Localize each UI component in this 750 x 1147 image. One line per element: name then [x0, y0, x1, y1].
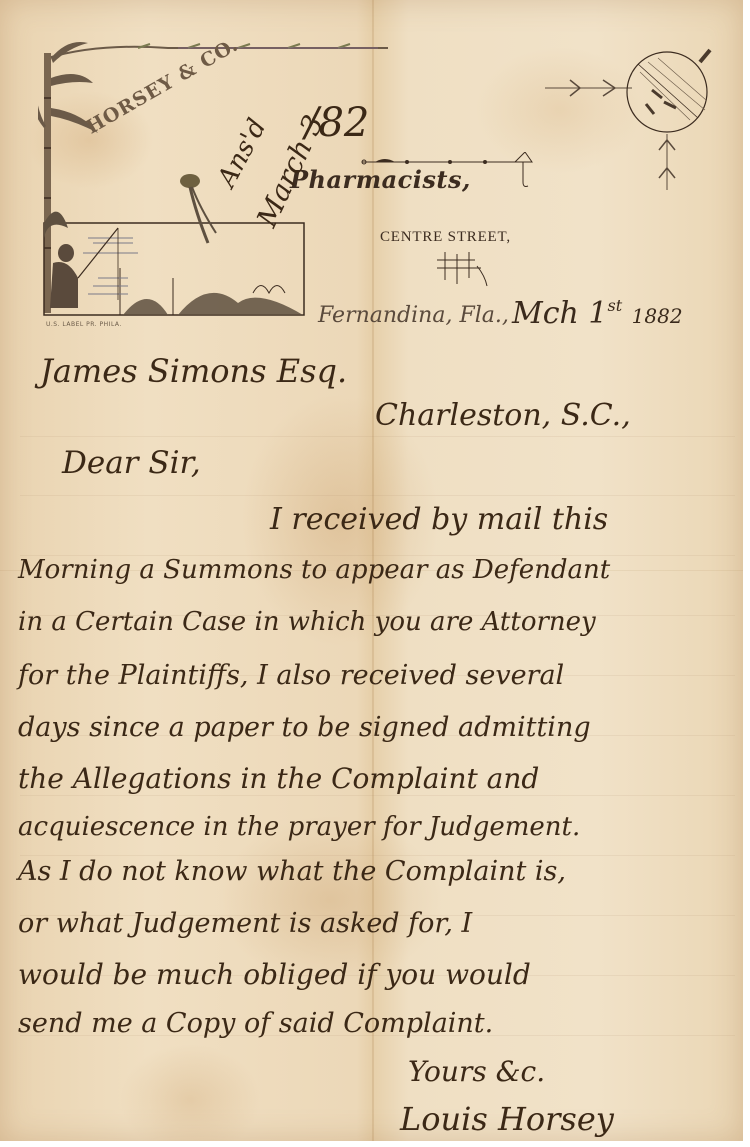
letter-paper: HORSEY & CO. U.S. LABEL PR. PHILA. Pharm…: [0, 0, 743, 1141]
printer-credit: U.S. LABEL PR. PHILA.: [46, 321, 122, 328]
body-line: the Allegations in the Complaint and: [18, 762, 539, 795]
body-line: or what Judgement is asked for, I: [18, 908, 472, 939]
date-suffix: st: [607, 296, 622, 315]
body-line: Morning a Summons to appear as Defendant: [18, 555, 610, 585]
body-line: in a Certain Case in which you are Attor…: [18, 607, 596, 637]
ruled-line: [20, 436, 735, 437]
ruled-line: [20, 495, 735, 496]
ruled-line: [20, 795, 735, 796]
body-line: would be much obliged if you would: [18, 958, 531, 991]
place-line: Fernandina, Fla.,: [318, 303, 509, 328]
salutation: Dear Sir,: [62, 445, 201, 481]
body-line: for the Plaintiffs, I also received seve…: [18, 660, 564, 691]
body-line: send me a Copy of said Complaint.: [18, 1008, 493, 1039]
body-line: As I do not know what the Complaint is,: [18, 856, 566, 887]
profession-title: Pharmacists,: [290, 165, 471, 194]
street-address: CENTRE STREET,: [380, 229, 511, 246]
recipient-city: Charleston, S.C.,: [375, 398, 631, 433]
date-month: Mch: [512, 296, 579, 331]
answered-year-annotation: /82: [305, 100, 369, 146]
lattice-ornament-icon: [435, 250, 495, 290]
globe-ornament-icon: [540, 40, 740, 200]
date-year: 1882: [632, 304, 683, 328]
body-line: days since a paper to be signed admittin…: [18, 712, 591, 743]
signature: Louis Horsey: [400, 1100, 614, 1138]
body-line: acquiescence in the prayer for Judgement…: [18, 812, 580, 842]
body-line: I received by mail this: [270, 502, 608, 537]
recipient-name: James Simons Esq.: [40, 352, 347, 390]
closing: Yours &c.: [408, 1055, 545, 1088]
date-day: 1: [588, 296, 607, 331]
letter-date: Mch 1st 1882: [512, 296, 683, 331]
